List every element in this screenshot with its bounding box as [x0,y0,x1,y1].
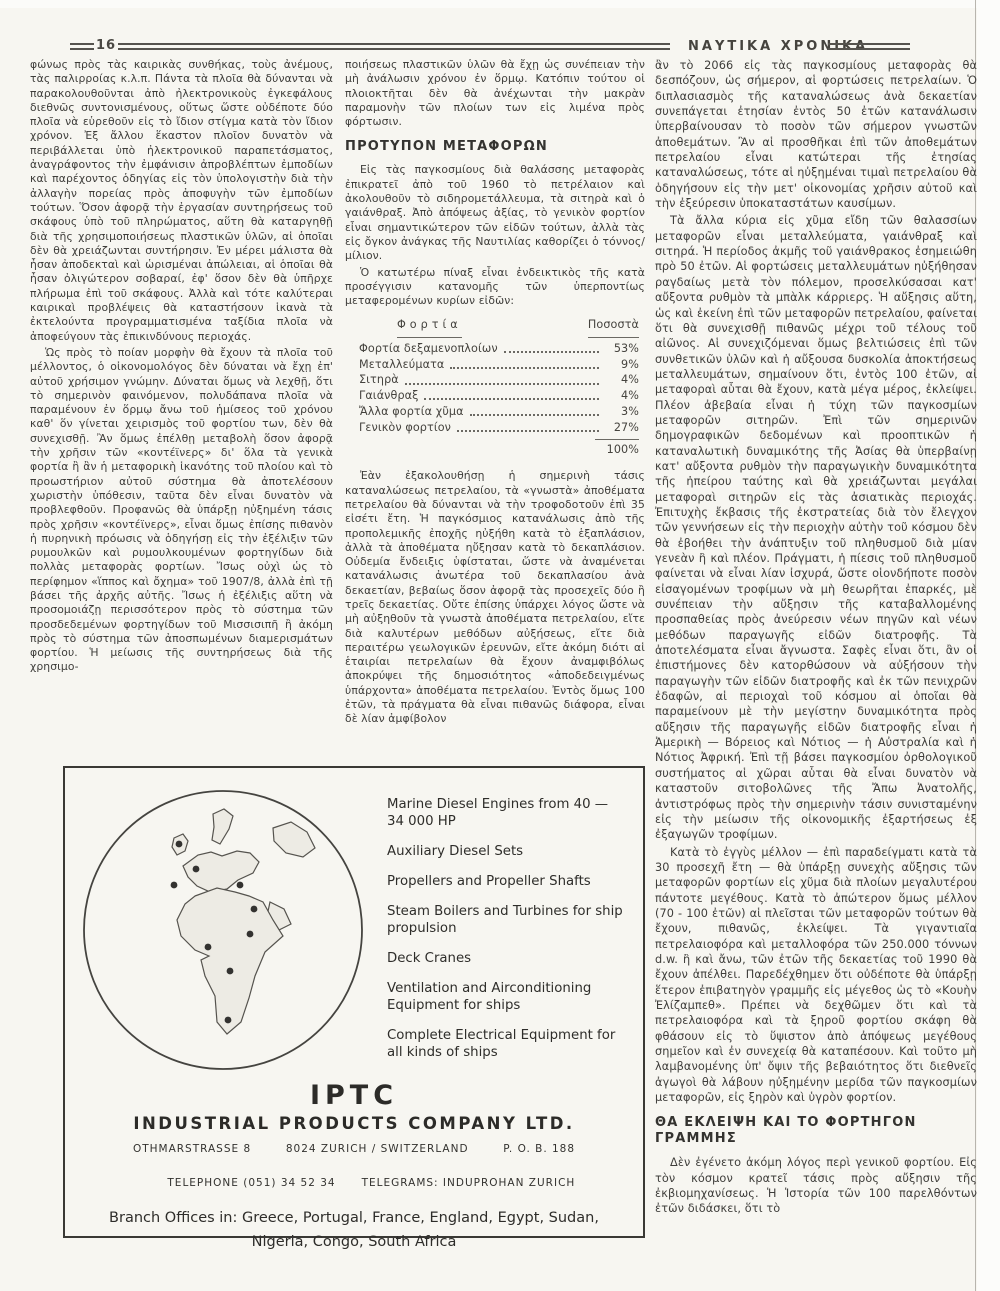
page-header: 16 ΝΑΥΤΙΚΑ ΧΡΟΝΙΚΑ [0,38,975,56]
dot-leader [450,367,599,369]
table-total-row: 100% [359,439,639,457]
table-row: Σιτηρὰ 4% [359,373,639,387]
world-map-globe [77,784,369,1076]
product-item: Steam Boilers and Turbines for ship prop… [387,903,627,937]
product-item: Propellers and Propeller Shafts [387,873,627,890]
text-column-1: φώνως πρὸς τὰς καιρικὰς συνθήκας, τοὺς ἀ… [30,58,333,677]
section-heading-liner-cargo: ΘΑ ΕΚΛΕΙΨΗ ΚΑΙ ΤΟ ΦΟΡΤΗΓΟΝ ΓΡΑΜΜΗΣ [655,1115,977,1147]
branch-offices-line-1: Branch Offices in: Greece, Portugal, Fra… [109,1210,599,1226]
body-paragraph: ποιήσεως πλαστικῶν ὑλῶν θὰ ἔχῃ ὡς συνέπε… [345,58,645,129]
body-paragraph: Εἰς τὰς παγκοσμίους διὰ θαλάσσης μεταφορ… [345,163,645,263]
scan-right-margin [977,0,1000,1291]
map-africa [177,888,283,1034]
map-dot-congo [227,968,234,975]
map-dot-france [193,866,200,873]
map-dot-england [176,841,183,848]
company-address: OTHMARSTRASSE 8 8024 ZURICH / SWITZERLAN… [65,1141,643,1192]
table-cell-value: 53% [605,342,639,356]
header-rule-left [70,43,94,50]
product-list: Marine Diesel Engines from 40 — 34 000 H… [387,796,627,1074]
map-dot-greece [237,882,244,889]
dot-leader [405,383,599,385]
product-item: Complete Electrical Equipment for all ki… [387,1027,627,1061]
table-cell-label: Ἄλλα φορτία χῦμα [359,405,464,419]
table-cell-value: 27% [605,421,639,435]
magazine-page: 16 ΝΑΥΤΙΚΑ ΧΡΟΝΙΚΑ φώνως πρὸς τὰς καιρικ… [0,0,1000,1291]
body-paragraph: Τὰ ἄλλα κύρια εἰς χῦμα εἴδη τῶν θαλασσίω… [655,213,977,842]
cargo-distribution-table: Φορτία Ποσοστὰ Φορτία δεξαμενοπλοίων 53%… [359,318,639,457]
table-row: Γενικὸν φορτίον 27% [359,421,639,435]
address-line-2: TELEPHONE (051) 34 52 34 TELEGRAMS: INDU… [167,1177,575,1189]
table-cell-label: Γαιάνθραξ [359,389,418,403]
dot-leader [457,430,599,432]
body-paragraph: Ὁ κατωτέρω πίναξ εἶναι ἐνδεικτικὸς τῆς κ… [345,266,645,309]
map-dot-sudan [247,931,254,938]
table-cell-label: Φορτία δεξαμενοπλοίων [359,342,498,356]
text-column-2: ποιήσεως πλαστικῶν ὑλῶν θὰ ἔχῃ ὡς συνέπε… [345,58,645,729]
iptc-advertisement: Marine Diesel Engines from 40 — 34 000 H… [63,766,645,1238]
table-header-percentage: Ποσοστὰ [588,318,639,337]
advertiser-block: IPTC INDUSTRIAL PRODUCTS COMPANY LTD. OT… [65,1082,643,1254]
body-paragraph: Ἐὰν ἐξακολουθήσῃ ἡ σημερινὴ τάσις κατανα… [345,469,645,726]
table-cell-label: Σιτηρὰ [359,373,399,387]
body-paragraph: φώνως πρὸς τὰς καιρικὰς συνθήκας, τοὺς ἀ… [30,58,333,344]
map-dot-portugal [171,882,178,889]
product-item: Deck Cranes [387,950,627,967]
map-scandinavia [212,809,233,844]
body-paragraph: Ὡς πρὸς τὸ ποίαν μορφὴν θὰ ἔχουν τὰ πλοῖ… [30,346,333,675]
product-item: Auxiliary Diesel Sets [387,843,627,860]
table-row: Μεταλλεύματα 9% [359,358,639,372]
map-dot-south-africa [225,1017,232,1024]
table-cell-label: Μεταλλεύματα [359,358,444,372]
map-asia [273,822,315,857]
company-logo-text: IPTC [65,1082,643,1110]
table-cell-value: 3% [605,405,639,419]
map-dot-nigeria [205,944,212,951]
page-number: 16 [96,38,116,53]
header-rule-right [828,43,910,50]
table-header-row: Φορτία Ποσοστὰ [359,318,639,337]
product-item: Ventilation and Airconditioning Equipmen… [387,980,627,1014]
table-cell-value: 4% [605,373,639,387]
body-paragraph: Δὲν ἐγένετο ἀκόμη λόγος περὶ γενικοῦ φορ… [655,1155,977,1216]
branch-offices: Branch Offices in: Greece, Portugal, Fra… [65,1206,643,1254]
table-row: Φορτία δεξαμενοπλοίων 53% [359,342,639,356]
table-header-cargo: Φορτία [397,318,462,337]
scan-top-margin [0,0,1000,8]
body-paragraph: ἂν τὸ 2066 εἰς τὰς παγκοσμίους μεταφορὰς… [655,58,977,211]
body-paragraph: Κατὰ τὸ ἐγγὺς μέλλον — ἐπὶ παραδείγματι … [655,845,977,1106]
product-item: Marine Diesel Engines from 40 — 34 000 H… [387,796,627,830]
address-line-1: OTHMARSTRASSE 8 8024 ZURICH / SWITZERLAN… [133,1143,575,1155]
section-heading-transport-pattern: ΠΡΟΤΥΠΟΝ ΜΕΤΑΦΟΡΩΝ [345,139,645,155]
table-total-value: 100% [595,439,639,457]
company-name: INDUSTRIAL PRODUCTS COMPANY LTD. [65,1114,643,1133]
dot-leader [470,414,599,416]
table-cell-value: 4% [605,389,639,403]
dot-leader [424,398,599,400]
map-dot-egypt [251,906,258,913]
branch-offices-line-2: Nigeria, Congo, South Africa [252,1234,457,1250]
header-rule-middle [118,43,670,50]
table-row: Γαιάνθραξ 4% [359,389,639,403]
table-row: Ἄλλα φορτία χῦμα 3% [359,405,639,419]
table-cell-value: 9% [605,358,639,372]
text-column-3: ἂν τὸ 2066 εἰς τὰς παγκοσμίους μεταφορὰς… [655,58,977,1219]
dot-leader [504,351,599,353]
table-cell-label: Γενικὸν φορτίον [359,421,451,435]
